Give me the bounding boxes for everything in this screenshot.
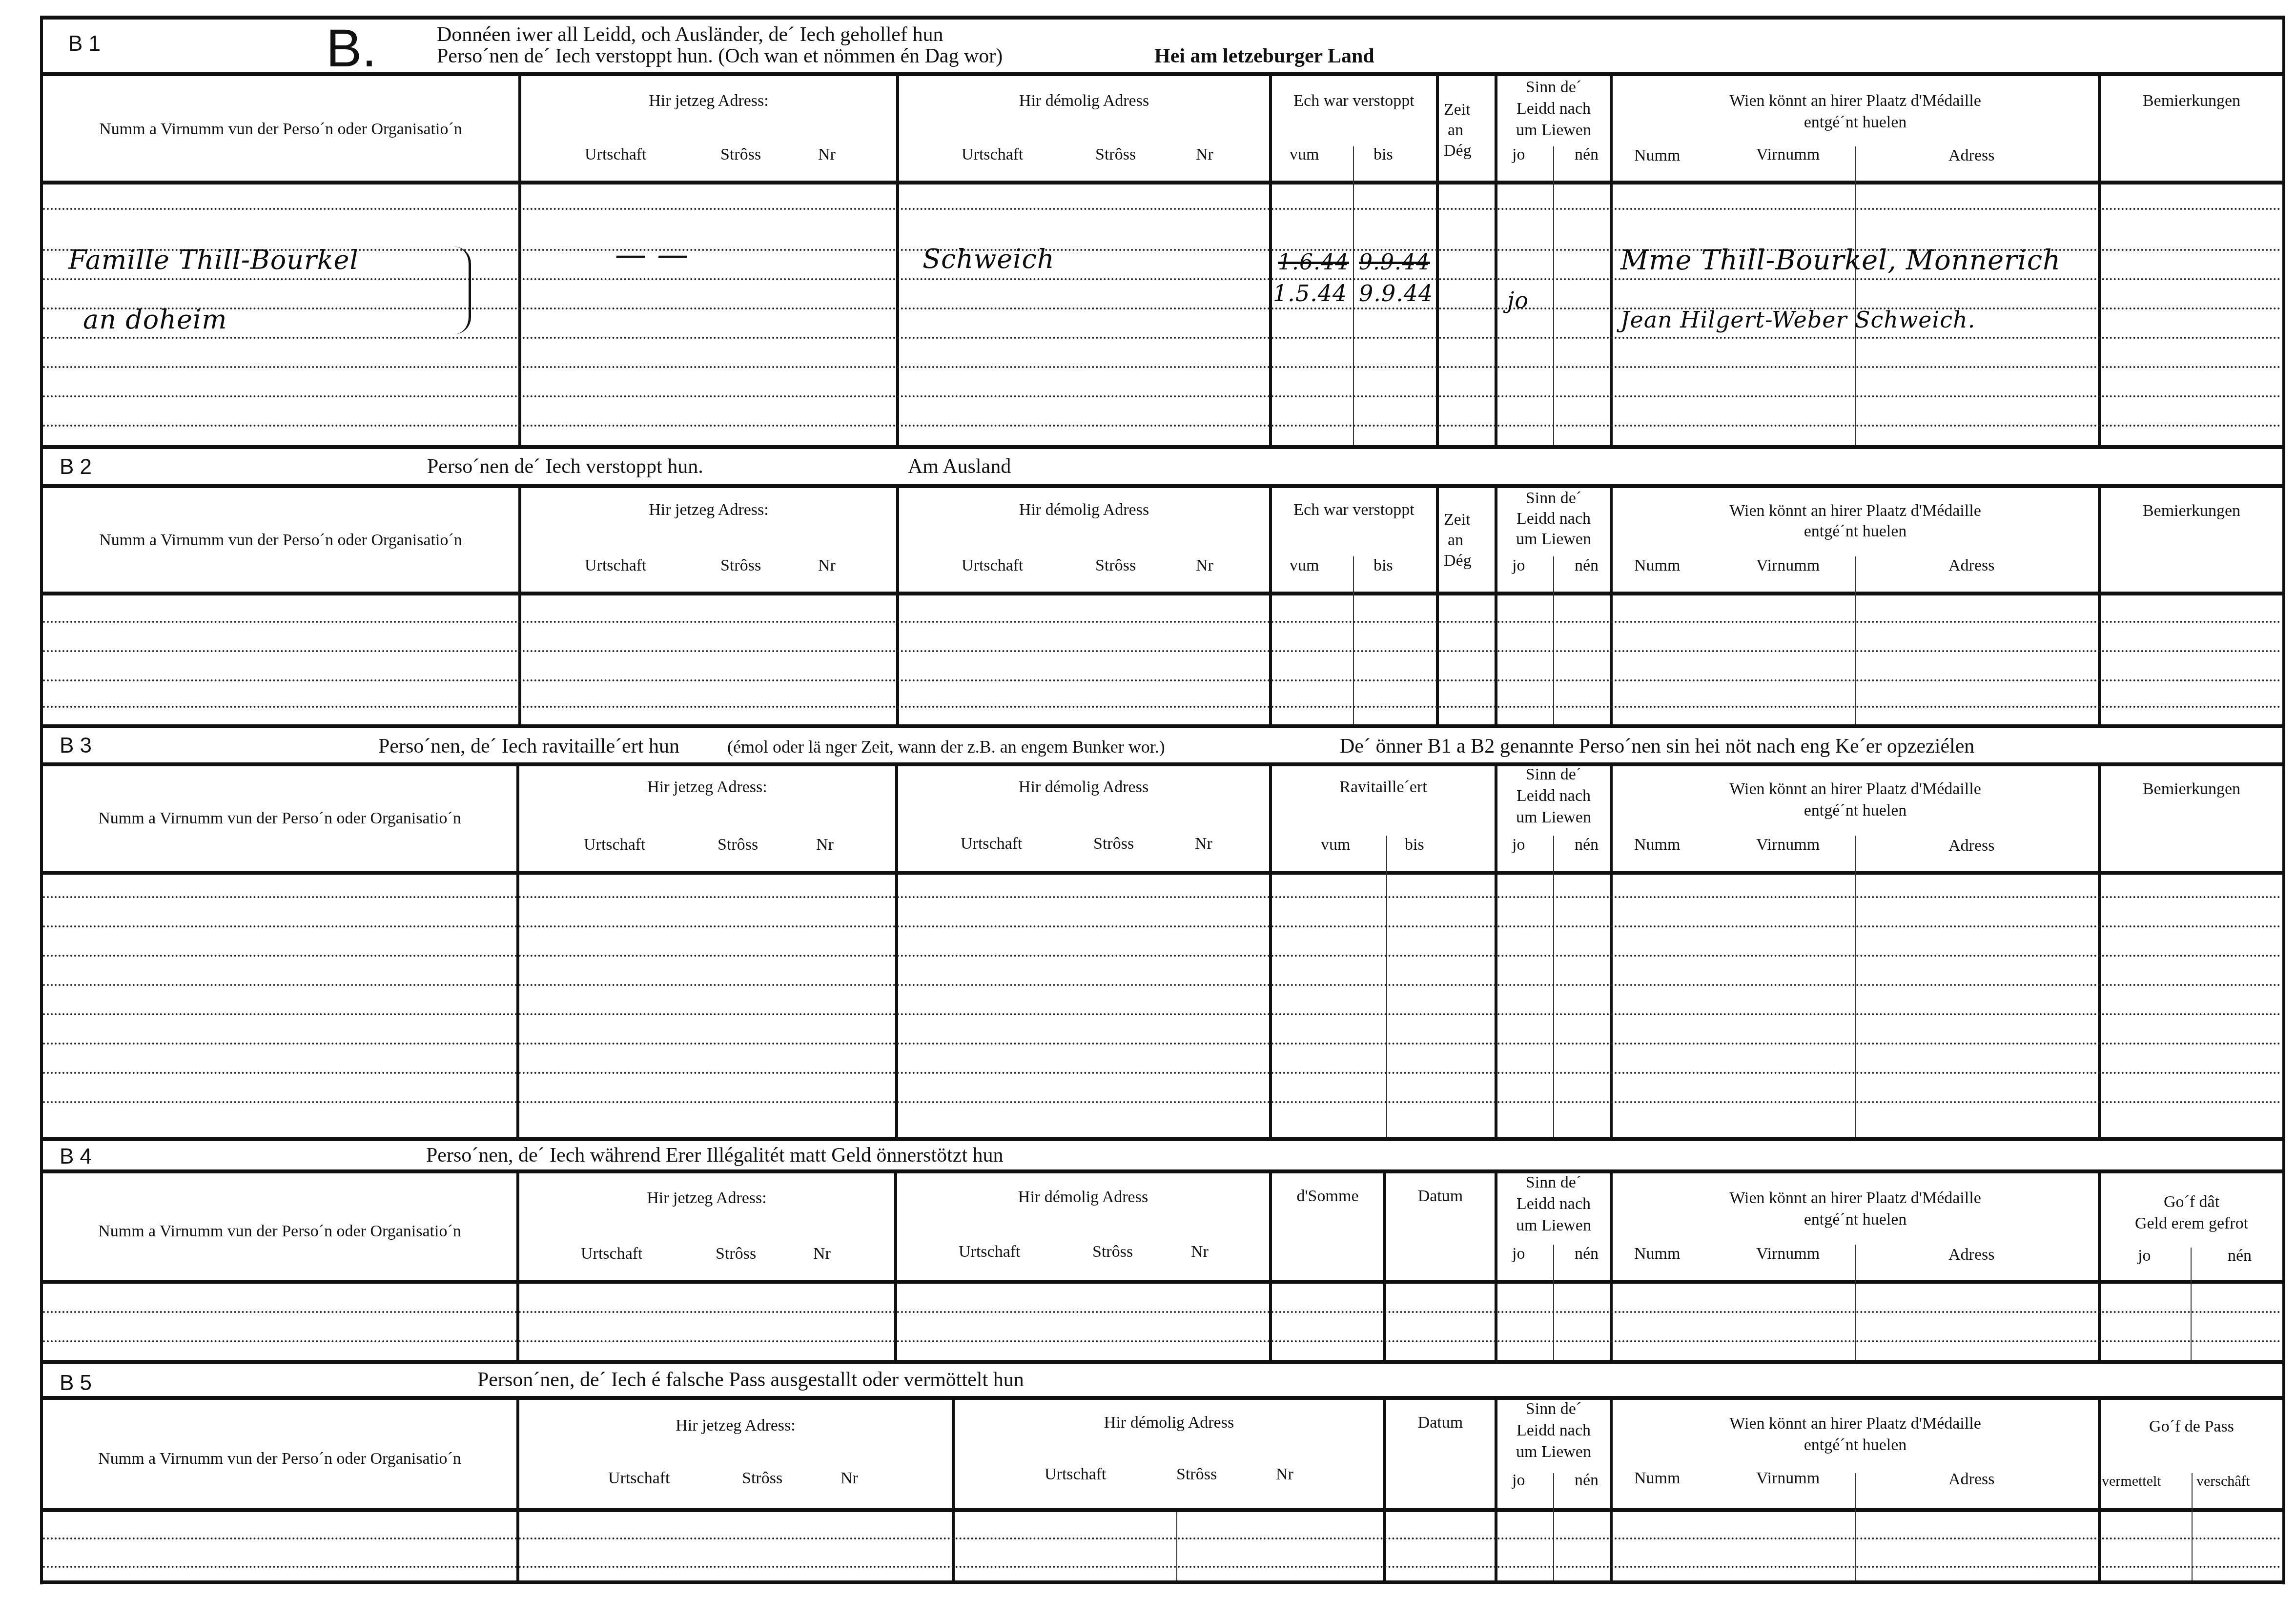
b3-former-street: Strôss	[1093, 836, 1134, 852]
b2-to: bis	[1373, 557, 1393, 574]
b5-row-line	[43, 1537, 2282, 1539]
b3-current-locality: Urtschaft	[584, 837, 646, 853]
b3-col-line	[2098, 766, 2101, 1137]
b1-danger-l3: um Liewen	[1497, 122, 1610, 139]
b1-entry-danger-yes: jo	[1507, 289, 1529, 311]
b3-row-line	[43, 1101, 2282, 1103]
b1-days-l1: Zeit	[1444, 102, 1471, 118]
b1-no: nén	[1575, 146, 1599, 163]
b4-former-number: Nr	[1191, 1244, 1209, 1260]
b3-firstname: Virnumm	[1756, 837, 1820, 853]
b1-from: vum	[1290, 146, 1319, 163]
b4-no: nén	[1575, 1246, 1599, 1262]
b4-danger-l1: Sinn de´	[1497, 1174, 1610, 1191]
b5-surname: Numm	[1634, 1470, 1680, 1487]
b3-bottom-rule	[40, 1137, 2285, 1141]
b1-current-locality: Urtschaft	[585, 146, 647, 163]
b4-medal-l1: Wien könnt an hirer Plaatz d'Médaille	[1613, 1190, 2098, 1207]
section-id-b2: B 2	[60, 456, 92, 478]
b2-bottom-rule	[40, 724, 2285, 728]
b5-row-line	[43, 1566, 2282, 1568]
b2-no: nén	[1575, 557, 1599, 574]
b4-medal-l2: entgé´nt huelen	[1613, 1211, 2098, 1228]
b2-title-right: Am Ausland	[908, 456, 1011, 477]
section-id-b1: B 1	[68, 33, 101, 55]
b3-current-number: Nr	[816, 837, 834, 853]
b2-former-street: Strôss	[1095, 557, 1136, 574]
b3-surname: Numm	[1634, 837, 1680, 853]
b2-name-col-header: Numm a Virnumm vun der Perso´n oder Orga…	[43, 532, 518, 549]
b2-firstname: Virnumm	[1756, 557, 1820, 574]
b5-medal-l1: Wien könnt an hirer Plaatz d'Médaille	[1613, 1415, 2098, 1432]
b1-remarks-header: Bemierkungen	[2101, 93, 2282, 109]
b3-row-line	[43, 1072, 2282, 1074]
b3-current-address-header: Hir jetzeg Adress:	[519, 779, 895, 796]
outer-border-right	[2282, 18, 2285, 1584]
b3-to: bis	[1405, 837, 1424, 853]
b1-medal-l2: entgé´nt huelen	[1613, 114, 2098, 131]
b3-no: nén	[1575, 837, 1599, 853]
b3-supplied-header: Ravitaille´ert	[1272, 779, 1495, 796]
b1-entry-to: 9.9.44	[1359, 282, 1433, 305]
b3-danger-l1: Sinn de´	[1497, 766, 1610, 783]
b1-entry-to-struck: 9.9.44	[1359, 252, 1430, 273]
b5-current-number: Nr	[840, 1470, 858, 1487]
b2-remarks-header: Bemierkungen	[2101, 503, 2282, 519]
b4-current-street: Strôss	[716, 1246, 756, 1262]
b2-sub-line	[1353, 556, 1354, 724]
b1-address: Adress	[1948, 147, 1994, 164]
b3-row-line	[43, 955, 2282, 957]
b3-title-right: De´ önner B1 a B2 genannte Perso´nen sin…	[1340, 736, 1974, 757]
section-id-b4: B 4	[60, 1146, 92, 1168]
b3-col-line	[516, 766, 519, 1137]
b1-entry-medal-line1: Mme Thill-Bourkel, Monnerich	[1620, 247, 2061, 274]
b5-mediated: vermettelt	[2102, 1474, 2161, 1489]
b4-name-col-header: Numm a Virnumm vun der Perso´n oder Orga…	[43, 1223, 516, 1240]
b3-sub-line	[1553, 836, 1554, 1137]
b1-yes: jo	[1512, 146, 1525, 163]
outer-border-left	[40, 18, 43, 1584]
b4-sub-line	[1855, 1245, 1856, 1360]
b2-col-line	[518, 488, 521, 724]
b4-money-yes: jo	[2138, 1248, 2151, 1264]
b5-danger-l2: Leidd nach	[1497, 1422, 1610, 1439]
b2-address: Adress	[1948, 557, 1994, 574]
b1-row-line	[43, 425, 2282, 427]
b5-sub-line	[1176, 1512, 1177, 1580]
b3-medal-l2: entgé´nt huelen	[1613, 802, 2098, 819]
b5-name-col-header: Numm a Virnumm vun der Perso´n oder Orga…	[43, 1451, 516, 1467]
b4-sub-line	[2191, 1248, 2192, 1360]
b1-hidden-header: Ech war verstoppt	[1272, 93, 1436, 109]
b1-sub-line	[1553, 146, 1554, 445]
b2-danger-l3: um Liewen	[1497, 531, 1610, 548]
b4-body-top-rule	[40, 1280, 2285, 1284]
b1-entry-current-address: — —	[615, 239, 689, 270]
b5-procured: verschâft	[2196, 1474, 2250, 1489]
section-id-b3: B 3	[60, 735, 92, 757]
b1-row-line	[43, 337, 2282, 339]
b2-col-line	[2098, 488, 2101, 724]
b1-col-line	[896, 76, 899, 445]
b3-former-locality: Urtschaft	[961, 836, 1023, 852]
b2-medal-l1: Wien könnt an hirer Plaatz d'Médaille	[1613, 503, 2098, 519]
b3-row-line	[43, 1013, 2282, 1015]
b2-days-l1: Zeit	[1444, 512, 1471, 528]
b2-danger-l1: Sinn de´	[1497, 490, 1610, 507]
form-intro-line1: Donnéen iwer all Leidd, och Ausländer, d…	[437, 24, 943, 45]
b4-row-line	[43, 1340, 2282, 1342]
b2-row-line	[43, 650, 2282, 652]
b1-medal-l1: Wien könnt an hirer Plaatz d'Médaille	[1613, 93, 2098, 109]
brace-icon	[454, 246, 471, 334]
b5-former-address-header: Hir démolig Adress	[955, 1414, 1383, 1431]
b4-sub-line	[1553, 1245, 1554, 1360]
b2-former-address-header: Hir démolig Adress	[899, 502, 1269, 518]
b3-sub-line	[1386, 836, 1387, 1137]
b4-date-header: Datum	[1386, 1188, 1495, 1205]
b5-yes: jo	[1512, 1472, 1525, 1489]
b4-former-address-header: Hir démolig Adress	[897, 1189, 1269, 1206]
b1-entry-medal-line2: Jean Hilgert-Weber Schweich.	[1620, 308, 1975, 331]
b2-row-line	[43, 621, 2282, 623]
b3-col-line	[1610, 766, 1613, 1137]
b2-title: Perso´nen de´ Iech verstoppt hun.	[427, 456, 703, 477]
b1-col-line	[2098, 76, 2101, 445]
b1-col-line	[518, 76, 521, 445]
b1-former-locality: Urtschaft	[962, 146, 1024, 163]
b4-money-no: nén	[2228, 1248, 2252, 1264]
b1-danger-l1: Sinn de´	[1497, 79, 1610, 96]
b2-sub-line	[1553, 556, 1554, 724]
b3-name-col-header: Numm a Virnumm vun der Perso´n oder Orga…	[43, 810, 516, 827]
b2-surname: Numm	[1634, 557, 1680, 574]
b1-to: bis	[1373, 146, 1393, 163]
b4-danger-l3: um Liewen	[1497, 1217, 1610, 1234]
b1-days-l2: an	[1448, 122, 1463, 139]
b1-days-l3: Dég	[1444, 143, 1472, 159]
form-letter: B.	[326, 21, 377, 75]
b5-former-number: Nr	[1276, 1466, 1293, 1483]
b1-row-line	[43, 208, 2282, 210]
b3-row-line	[43, 984, 2282, 986]
b2-from: vum	[1290, 557, 1319, 574]
b2-medal-l2: entgé´nt huelen	[1613, 523, 2098, 540]
b5-former-street: Strôss	[1176, 1466, 1217, 1483]
b2-row-line	[43, 679, 2282, 681]
b1-col-line	[1269, 76, 1272, 445]
b1-entry-name-line1: Famille Thill-Bourkel	[68, 247, 359, 273]
b5-sub-line	[2192, 1473, 2193, 1580]
b2-col-line	[1436, 488, 1439, 724]
b3-row-line	[43, 1043, 2282, 1045]
b4-former-locality: Urtschaft	[959, 1244, 1021, 1260]
b2-current-street: Strôss	[720, 557, 761, 574]
b3-danger-l3: um Liewen	[1497, 809, 1610, 826]
outer-border-bottom	[40, 1580, 2285, 1584]
b1-surname: Numm	[1634, 147, 1680, 164]
b2-former-locality: Urtschaft	[962, 557, 1024, 574]
b3-current-street: Strôss	[717, 837, 758, 853]
b3-col-line	[895, 766, 898, 1137]
b3-sub-line	[1855, 836, 1856, 1137]
b4-title: Perso´nen, de´ Iech während Erer Illégal…	[426, 1145, 1004, 1166]
b1-danger-l2: Leidd nach	[1497, 101, 1610, 117]
b3-yes: jo	[1512, 837, 1525, 853]
b4-sum-header: d'Somme	[1272, 1188, 1383, 1205]
b2-row-line	[43, 706, 2282, 708]
b4-bottom-rule	[40, 1360, 2285, 1364]
b3-body-top-rule	[40, 871, 2285, 875]
b1-current-number: Nr	[818, 146, 836, 163]
b1-body-top-rule	[40, 181, 2285, 184]
b5-current-address-header: Hir jetzeg Adress:	[519, 1417, 952, 1434]
b1-row-line	[43, 278, 2282, 280]
b4-row-line	[43, 1311, 2282, 1313]
b5-danger-l3: um Liewen	[1497, 1444, 1610, 1460]
b2-former-number: Nr	[1196, 557, 1213, 574]
b4-firstname: Virnumm	[1756, 1246, 1820, 1262]
form-intro-line2-right: Hei am letzeburger Land	[1154, 46, 1374, 66]
b2-current-address-header: Hir jetzeg Adress:	[521, 502, 896, 518]
b3-col-line	[1269, 766, 1272, 1137]
b3-address: Adress	[1948, 838, 1994, 854]
b5-no: nén	[1575, 1472, 1599, 1489]
b1-current-street: Strôss	[720, 146, 761, 163]
b3-former-address-header: Hir démolig Adress	[898, 779, 1269, 796]
b4-current-locality: Urtschaft	[581, 1246, 643, 1262]
b5-current-locality: Urtschaft	[608, 1470, 670, 1487]
b2-current-locality: Urtschaft	[585, 557, 647, 574]
b1-row-line	[43, 395, 2282, 397]
b1-former-address-header: Hir démolig Adress	[899, 93, 1269, 109]
b3-from: vum	[1321, 837, 1350, 853]
b2-sub-line	[1855, 556, 1856, 724]
b4-money-l1: Go´f dât	[2101, 1194, 2282, 1210]
section-id-b5: B 5	[60, 1373, 92, 1394]
b1-row-line	[43, 366, 2282, 368]
b1-header-top-rule	[40, 72, 2285, 76]
b5-body-top-rule	[40, 1508, 2285, 1512]
b3-title-note: (émol oder lä nger Zeit, wann der z.B. a…	[727, 738, 1165, 756]
b2-col-line	[896, 488, 899, 724]
b1-entry-name-line2: an doheim	[83, 307, 227, 333]
b2-body-top-rule	[40, 592, 2285, 595]
b2-current-number: Nr	[818, 557, 836, 574]
b1-former-number: Nr	[1196, 146, 1213, 163]
b5-date-header: Datum	[1386, 1414, 1495, 1431]
b1-sub-line	[1855, 146, 1856, 445]
b2-days-l3: Dég	[1444, 553, 1472, 569]
b1-col-line	[1610, 76, 1613, 445]
b1-entry-former-locality: Schweich	[922, 246, 1055, 272]
b1-name-col-header: Numm a Virnumm vun der Perso´n oder Orga…	[43, 121, 518, 138]
b1-firstname: Virnumm	[1756, 146, 1820, 163]
b3-remarks-header: Bemierkungen	[2101, 781, 2282, 798]
b3-row-line	[43, 896, 2282, 898]
b5-firstname: Virnumm	[1756, 1470, 1820, 1487]
b3-former-number: Nr	[1195, 836, 1212, 852]
b4-former-street: Strôss	[1092, 1244, 1133, 1260]
b1-current-address-header: Hir jetzeg Adress:	[521, 93, 896, 109]
b4-address: Adress	[1948, 1247, 1994, 1263]
b5-danger-l1: Sinn de´	[1497, 1401, 1610, 1417]
b5-header-top-rule	[40, 1396, 2285, 1400]
b3-medal-l1: Wien könnt an hirer Plaatz d'Médaille	[1613, 781, 2098, 798]
b4-danger-l2: Leidd nach	[1497, 1196, 1610, 1212]
b1-entry-from: 1.5.44	[1273, 282, 1347, 305]
b3-title: Perso´nen, de´ Iech ravitaille´ert hun	[378, 736, 679, 757]
b1-former-street: Strôss	[1095, 146, 1136, 163]
b5-title: Person´nen, de´ Iech é falsche Pass ausg…	[477, 1370, 1024, 1390]
b1-sub-line	[1353, 146, 1354, 445]
b2-col-line	[1269, 488, 1272, 724]
b4-money-l2: Geld erem gefrot	[2101, 1215, 2282, 1232]
b5-address: Adress	[1948, 1471, 1994, 1488]
b5-sub-line	[1553, 1473, 1554, 1580]
b4-current-address-header: Hir jetzeg Adress:	[519, 1190, 894, 1207]
b2-danger-l2: Leidd nach	[1497, 511, 1610, 527]
b3-row-line	[43, 925, 2282, 927]
b2-yes: jo	[1512, 557, 1525, 574]
b2-header-top-rule	[40, 484, 2285, 488]
b5-current-street: Strôss	[742, 1470, 782, 1487]
b5-former-locality: Urtschaft	[1045, 1466, 1107, 1483]
b4-header-top-rule	[40, 1169, 2285, 1173]
b1-entry-from-struck: 1.6.44	[1278, 252, 1349, 273]
b2-days-l2: an	[1448, 532, 1463, 549]
b5-pass-header: Go´f de Pass	[2101, 1418, 2282, 1435]
b4-surname: Numm	[1634, 1246, 1680, 1262]
b1-bottom-rule	[40, 445, 2285, 449]
b4-current-number: Nr	[813, 1246, 831, 1262]
b3-danger-l2: Leidd nach	[1497, 788, 1610, 804]
form-intro-line2: Perso´nen de´ Iech verstoppt hun. (Och w…	[437, 46, 1003, 66]
b1-col-line	[1436, 76, 1439, 445]
b3-header-top-rule	[40, 762, 2285, 766]
b5-sub-line	[1855, 1473, 1856, 1580]
b2-hidden-header: Ech war verstoppt	[1272, 502, 1436, 518]
b5-medal-l2: entgé´nt huelen	[1613, 1437, 2098, 1454]
b4-yes: jo	[1512, 1246, 1525, 1262]
outer-border-top	[40, 16, 2285, 20]
